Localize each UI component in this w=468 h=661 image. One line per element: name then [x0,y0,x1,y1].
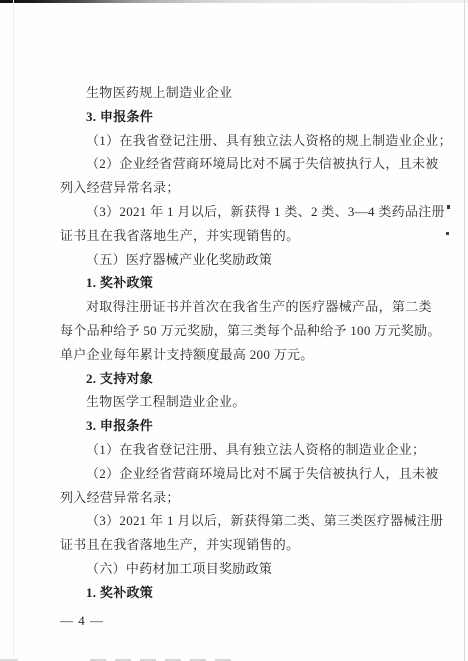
paragraph-line: 列入经营异常名录； [60,176,412,200]
section-heading: 3. 申报条件 [60,414,412,438]
page-number: — 4 — [60,609,412,633]
paragraph-line: 生物医学工程制造业企业。 [60,390,412,414]
paragraph-line: （3）2021 年 1 月以后，新获得第二类、第三类医疗器械注册 [60,509,412,533]
scan-artifact-left-edge-line [13,0,14,661]
section-heading: 1. 奖补政策 [60,271,412,295]
section-heading: 1. 奖补政策 [60,581,412,605]
paragraph-line: （3）2021 年 1 月以后，新获得 1 类、2 类、3—4 类药品注册 [60,200,412,224]
paragraph-line: 列入经营异常名录； [60,486,412,510]
subsection-heading: （六）中药材加工项目奖励政策 [60,557,412,581]
paragraph-line: 证书且在我省落地生产，并实现销售的。 [60,533,412,557]
paragraph-line: 单户企业每年累计支持额度最高 200 万元。 [60,343,412,367]
document-body: 生物医药规上制造业企业 3. 申报条件 （1）在我省登记注册、具有独立法人资格的… [60,81,412,632]
subsection-heading: （五）医疗器械产业化奖励政策 [60,248,412,272]
paragraph-line: 生物医药规上制造业企业 [60,81,412,105]
paragraph-line: （1）在我省登记注册、具有独立法人资格的制造业企业； [60,438,412,462]
paragraph-line: （2）企业经省营商环境局比对不属于失信被执行人，且未被 [60,462,412,486]
paragraph-line: 每个品种给予 50 万元奖励，第三类每个品种给予 100 万元奖励。 [60,319,412,343]
paragraph-line: 对取得注册证书并首次在我省生产的医疗器械产品，第二类 [60,295,412,319]
scan-artifact-right-edge-line [464,0,465,661]
section-heading: 3. 申报条件 [60,105,412,129]
section-heading: 2. 支持对象 [60,367,412,391]
scan-speck [447,205,450,209]
paragraph-line: 证书且在我省落地生产，并实现销售的。 [60,224,412,248]
paragraph-line: （1）在我省登记注册、具有独立法人资格的规上制造业企业； [60,129,412,153]
scan-artifact-top-edge [0,0,468,3]
paragraph-line: （2）企业经省营商环境局比对不属于失信被执行人，且未被 [60,152,412,176]
document-page: 生物医药规上制造业企业 3. 申报条件 （1）在我省登记注册、具有独立法人资格的… [0,0,468,661]
scan-speck [446,232,449,235]
